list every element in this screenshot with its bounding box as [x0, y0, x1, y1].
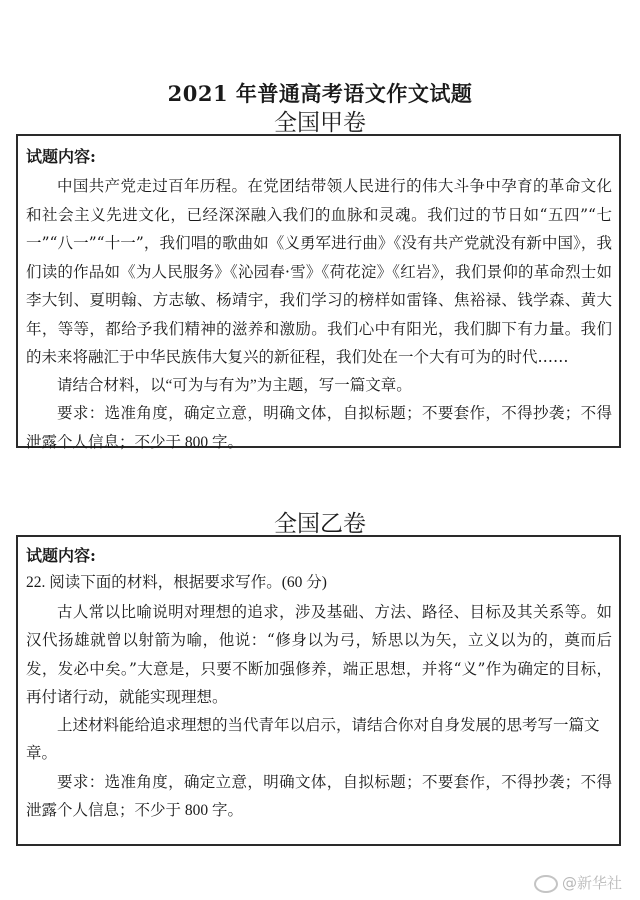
section-body: 22. 阅读下面的材料，根据要求写作。(60 分) 古人常以比喻说明对理想的追求… — [26, 569, 612, 826]
content-label: 试题内容: — [26, 144, 96, 167]
section-box-yi: 试题内容: 22. 阅读下面的材料，根据要求写作。(60 分) 古人常以比喻说明… — [16, 535, 621, 846]
task-paragraph: 上述材料能给追求理想的当代青年以启示，请结合你对自身发展的思考写一篇文章。 — [26, 712, 612, 769]
question-line: 22. 阅读下面的材料，根据要求写作。(60 分) — [26, 569, 612, 598]
section-body: 中国共产党走过百年历程。在党团结带领人民进行的伟大斗争中孕育的革命文化和社会主义… — [26, 172, 612, 457]
requirements-paragraph: 要求：选准角度，确定立意，明确文体，自拟标题；不要套作，不得抄袭；不得泄露个人信… — [26, 769, 612, 826]
section-heading-yi: 全国乙卷 — [0, 505, 640, 538]
section-heading-jia: 全国甲卷 — [0, 104, 640, 137]
content-label: 试题内容: — [26, 543, 96, 566]
task-paragraph: 请结合材料，以“可为与有为”为主题，写一篇文章。 — [26, 372, 612, 401]
watermark: @新华社 — [534, 872, 622, 893]
watermark-text: @新华社 — [562, 874, 622, 892]
requirements-paragraph: 要求：选准角度，确定立意，明确文体，自拟标题；不要套作，不得抄袭；不得泄露个人信… — [26, 400, 612, 457]
material-paragraph: 中国共产党走过百年历程。在党团结带领人民进行的伟大斗争中孕育的革命文化和社会主义… — [26, 172, 612, 372]
weibo-icon — [534, 875, 558, 893]
material-paragraph: 古人常以比喻说明对理想的追求，涉及基础、方法、路径、目标及其关系等。如汉代扬雄就… — [26, 598, 612, 712]
section-box-jia: 试题内容: 中国共产党走过百年历程。在党团结带领人民进行的伟大斗争中孕育的革命文… — [16, 134, 621, 448]
